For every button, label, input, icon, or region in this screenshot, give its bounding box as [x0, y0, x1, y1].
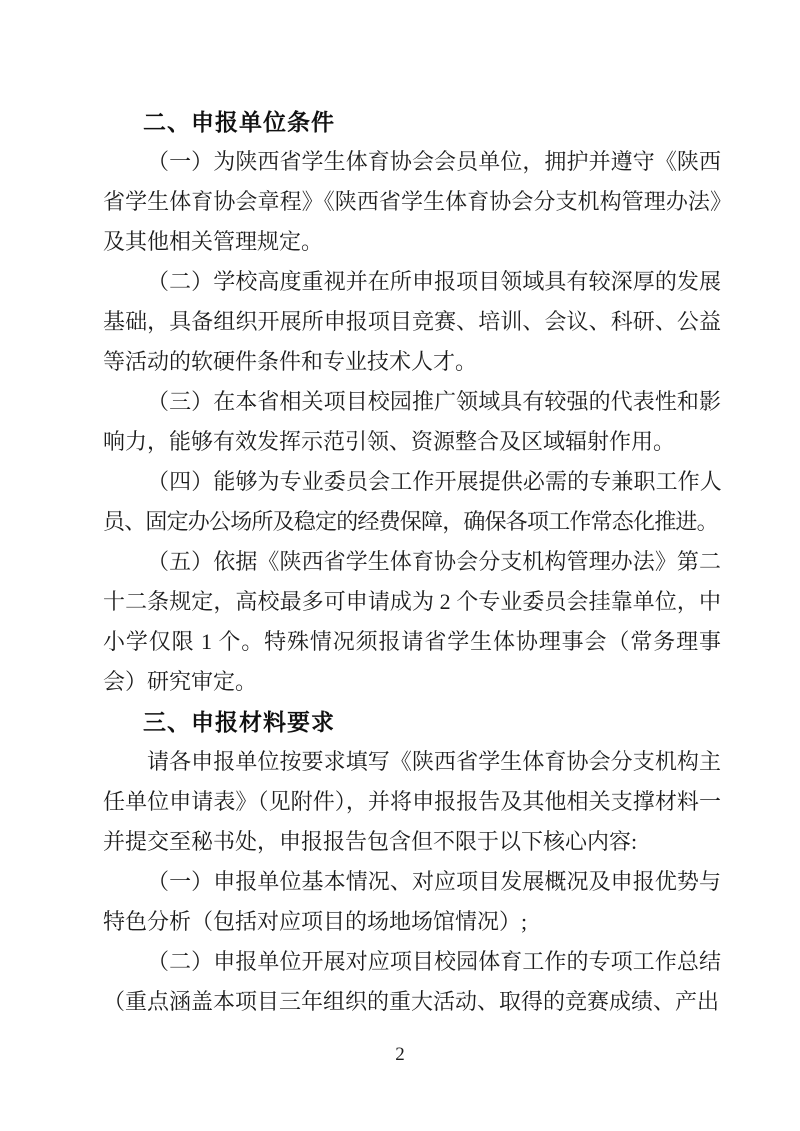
- paragraph-material-item-2: （二）申报单位开展对应项目校园体育工作的专项工作总结（重点涵盖本项目三年组织的重…: [103, 942, 721, 1022]
- paragraph-material-item-1: （一）申报单位基本情况、对应项目发展概况及申报优势与特色分析（包括对应项目的场地…: [103, 862, 721, 942]
- paragraph-condition-3: （三）在本省相关项目校园推广领域具有较强的代表性和影响力，能够有效发挥示范引领、…: [103, 382, 721, 462]
- document-page: 二、申报单位条件 （一）为陕西省学生体育协会会员单位，拥护并遵守《陕西省学生体育…: [0, 0, 800, 1131]
- paragraph-material-intro: 请各申报单位按要求填写《陕西省学生体育协会分支机构主任单位申请表》（见附件），并…: [103, 742, 721, 862]
- paragraph-condition-4: （四）能够为专业委员会工作开展提供必需的专兼职工作人员、固定办公场所及稳定的经费…: [103, 462, 721, 542]
- page-number: 2: [0, 1042, 800, 1068]
- page-body: 二、申报单位条件 （一）为陕西省学生体育协会会员单位，拥护并遵守《陕西省学生体育…: [103, 102, 721, 1022]
- paragraph-condition-1: （一）为陕西省学生体育协会会员单位，拥护并遵守《陕西省学生体育协会章程》《陕西省…: [103, 142, 721, 262]
- heading-section-2-declaration-unit-conditions: 二、申报单位条件: [103, 102, 721, 142]
- paragraph-condition-5: （五）依据《陕西省学生体育协会分支机构管理办法》第二十二条规定，高校最多可申请成…: [103, 542, 721, 702]
- paragraph-condition-2: （二）学校高度重视并在所申报项目领域具有较深厚的发展基础，具备组织开展所申报项目…: [103, 262, 721, 382]
- heading-section-3-application-material-requirements: 三、申报材料要求: [103, 702, 721, 742]
